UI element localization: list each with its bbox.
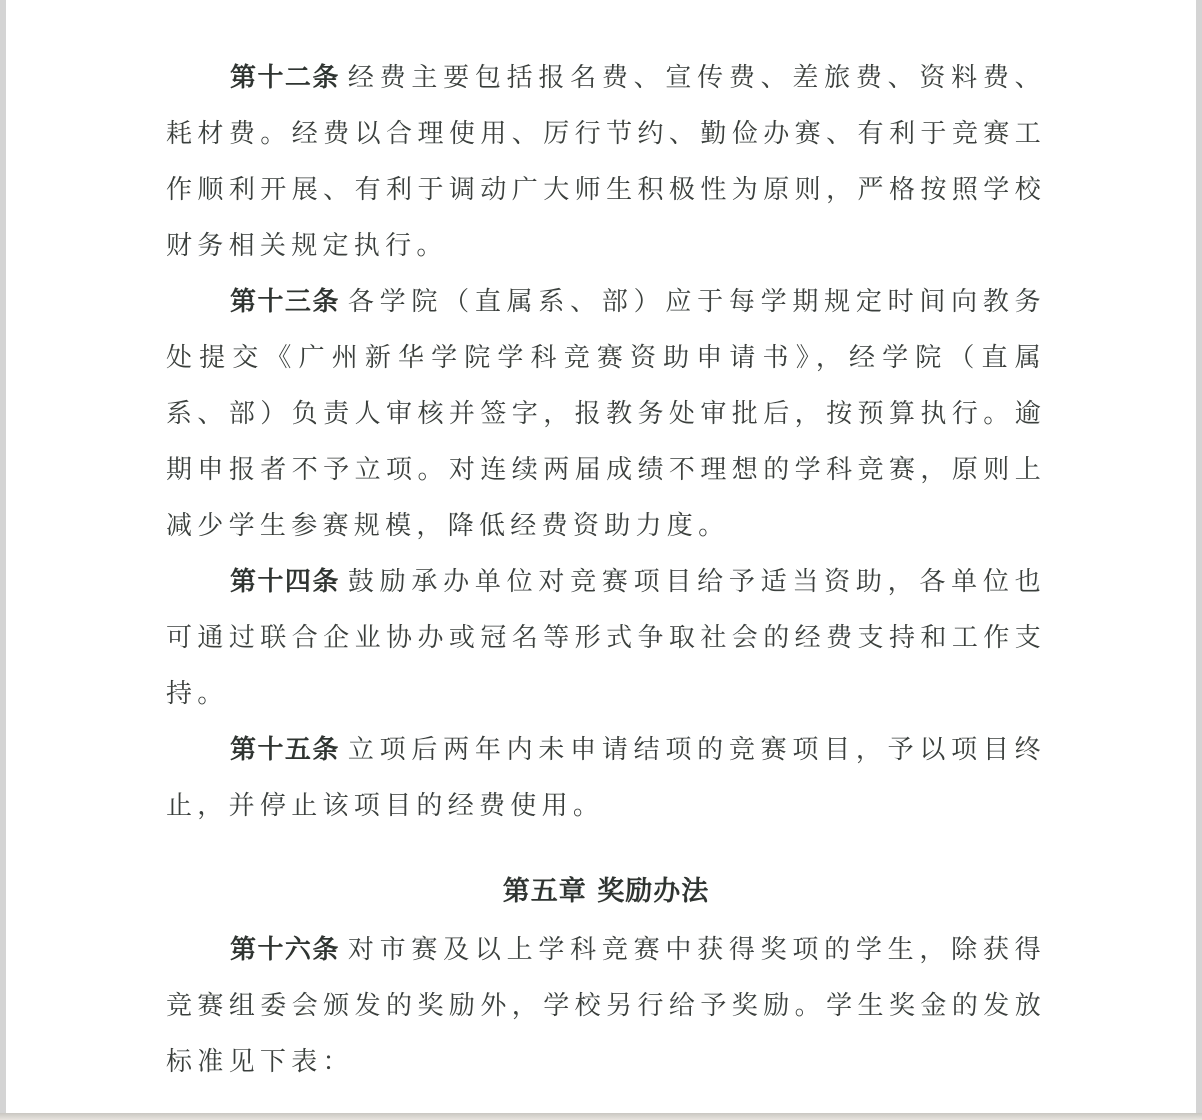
article-number: 第十五条 bbox=[230, 735, 340, 765]
chapter-heading: 第五章 奖励办法 bbox=[166, 834, 1046, 922]
article-15: 第十五条立项后两年内未申请结项的竞赛项目，予以项目终止，并停止该项目的经费使用。 bbox=[166, 722, 1046, 834]
page-gap bbox=[0, 1113, 1202, 1120]
document-viewer: 第十二条经费主要包括报名费、宣传费、差旅费、资料费、耗材费。经费以合理使用、厉行… bbox=[0, 0, 1202, 1120]
article-number: 第十四条 bbox=[230, 567, 340, 597]
page-content: 第十二条经费主要包括报名费、宣传费、差旅费、资料费、耗材费。经费以合理使用、厉行… bbox=[166, 50, 1046, 1090]
article-number: 第十三条 bbox=[230, 287, 340, 317]
article-12: 第十二条经费主要包括报名费、宣传费、差旅费、资料费、耗材费。经费以合理使用、厉行… bbox=[166, 50, 1046, 274]
article-14: 第十四条鼓励承办单位对竞赛项目给予适当资助，各单位也可通过联合企业协办或冠名等形… bbox=[166, 554, 1046, 722]
article-13: 第十三条各学院（直属系、部）应于每学期规定时间向教务处提交《广州新华学院学科竞赛… bbox=[166, 274, 1046, 554]
article-number: 第十二条 bbox=[230, 63, 340, 93]
article-number: 第十六条 bbox=[230, 935, 340, 965]
article-16: 第十六条对市赛及以上学科竞赛中获得奖项的学生，除获得竞赛组委会颁发的奖励外，学校… bbox=[166, 922, 1046, 1090]
article-text: 各学院（直属系、部）应于每学期规定时间向教务处提交《广州新华学院学科竞赛资助申请… bbox=[166, 287, 1046, 541]
document-page: 第十二条经费主要包括报名费、宣传费、差旅费、资料费、耗材费。经费以合理使用、厉行… bbox=[6, 0, 1196, 1113]
